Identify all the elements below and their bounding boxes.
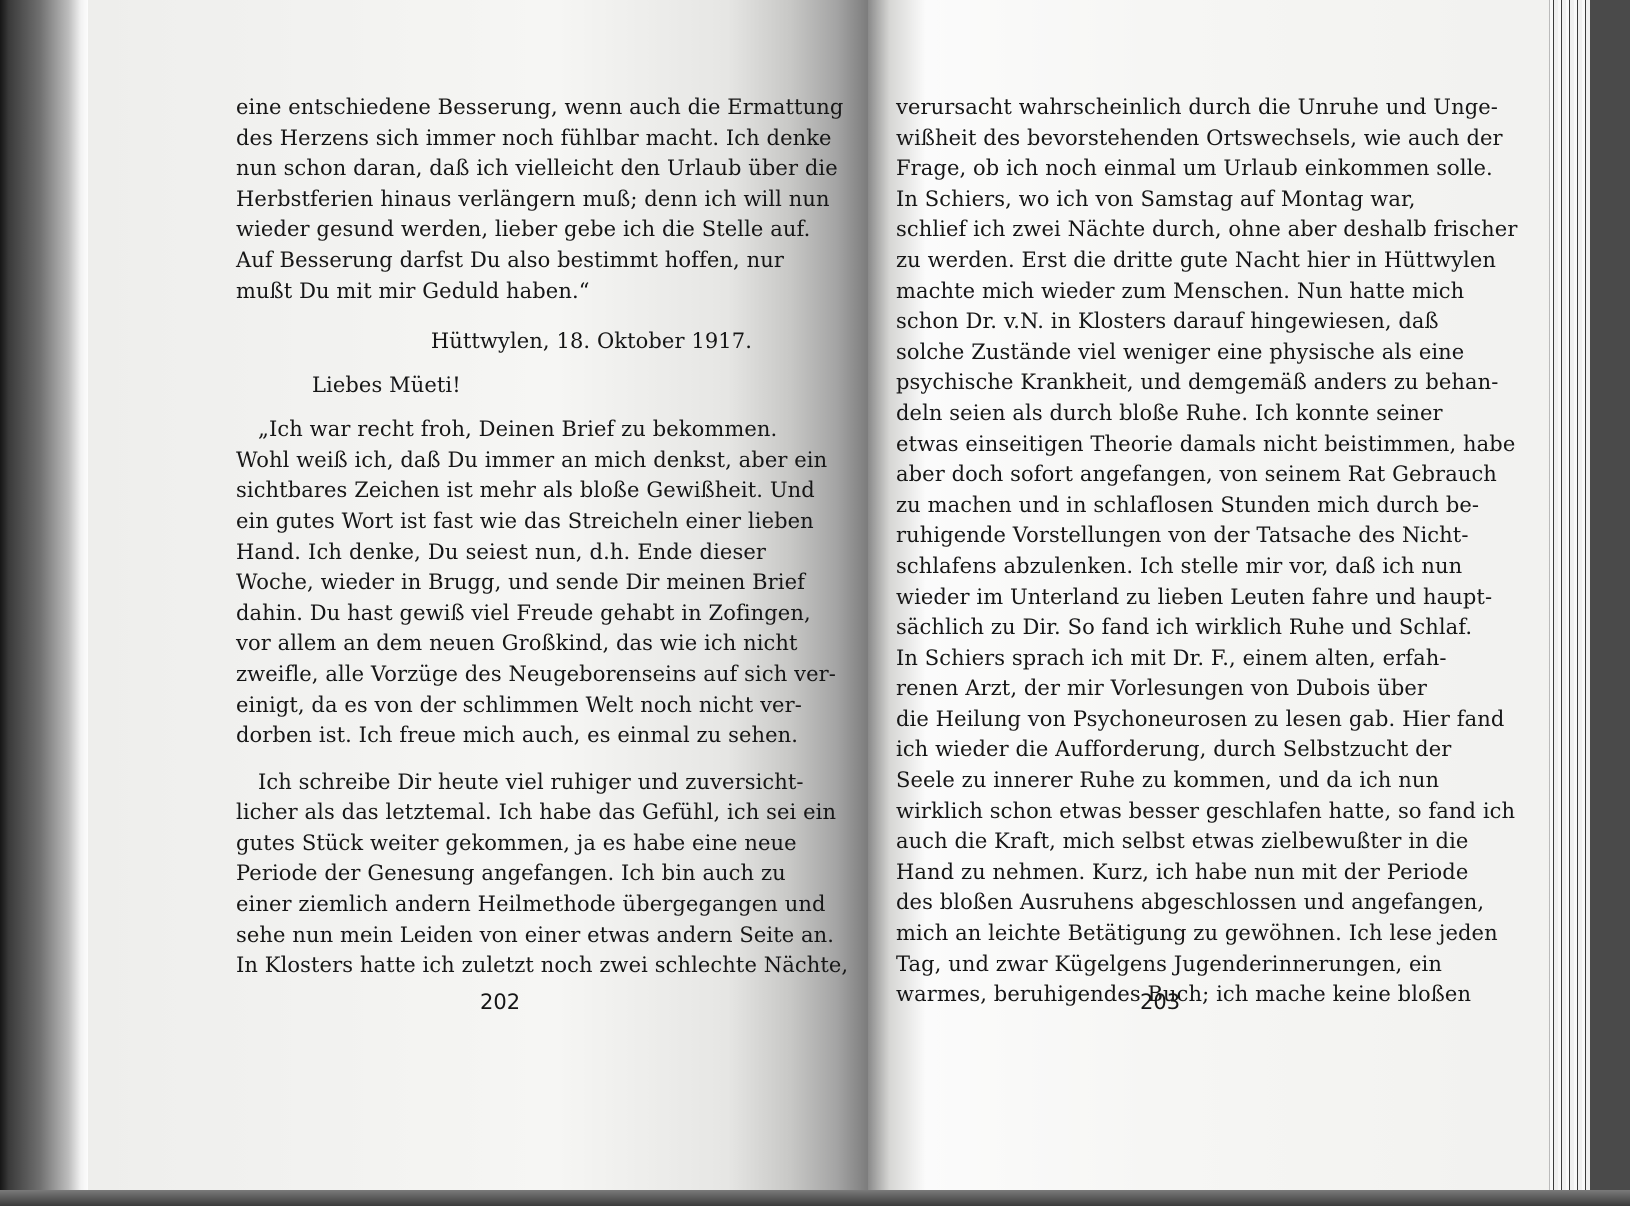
- text-line: Ich schreibe Dir heute viel ruhiger und …: [236, 767, 766, 798]
- text-line: sichtbares Zeichen ist mehr als bloße Ge…: [236, 475, 766, 506]
- text-line: dorben ist. Ich freue mich auch, es einm…: [236, 720, 766, 751]
- text-line: eine entschiedene Besserung, wenn auch d…: [236, 92, 766, 123]
- text-line: Tag, und zwar Kügelgens Jugenderinnerung…: [896, 949, 1414, 980]
- text-line: solche Zustände viel weniger eine physis…: [896, 337, 1414, 368]
- text-line: Frage, ob ich noch einmal um Urlaub eink…: [896, 153, 1414, 184]
- text-line: schlief ich zwei Nächte durch, ohne aber…: [896, 214, 1414, 245]
- text-line: machte mich wieder zum Menschen. Nun hat…: [896, 276, 1414, 307]
- text-line: In Schiers, wo ich von Samstag auf Monta…: [896, 184, 1414, 215]
- scanner-edge-shadow: [0, 0, 88, 1206]
- text-line: wieder im Unterland zu lieben Leuten fah…: [896, 582, 1414, 613]
- text-line: ein gutes Wort ist fast wie das Streiche…: [236, 506, 766, 537]
- text-line: aber doch sofort angefangen, von seinem …: [896, 459, 1414, 490]
- text-line: In Schiers sprach ich mit Dr. F., einem …: [896, 643, 1414, 674]
- text-line: zweifle, alle Vorzüge des Neugeborensein…: [236, 659, 766, 690]
- text-line: Herbstferien hinaus verlängern muß; denn…: [236, 184, 766, 215]
- page-number: 203: [1140, 990, 1180, 1014]
- text-line: „Ich war recht froh, Deinen Brief zu bek…: [236, 414, 766, 445]
- text-line: einer ziemlich andern Heilmethode überge…: [236, 889, 766, 920]
- text-line: mich an leichte Betätigung zu gewöhnen. …: [896, 918, 1414, 949]
- text-line: Hand zu nehmen. Kurz, ich habe nun mit d…: [896, 857, 1414, 888]
- left-page-text: eine entschiedene Besserung, wenn auch d…: [236, 92, 766, 981]
- text-line: verursacht wahrscheinlich durch die Unru…: [896, 92, 1414, 123]
- text-line: Auf Besserung darfst Du also bestimmt ho…: [236, 245, 766, 276]
- text-line: Seele zu innerer Ruhe zu kommen, und da …: [896, 765, 1414, 796]
- text-line: Wohl weiß ich, daß Du immer an mich denk…: [236, 445, 766, 476]
- page-number: 202: [480, 990, 520, 1014]
- letter-dateline: Hüttwylen, 18. Oktober 1917.: [236, 324, 766, 358]
- text-line: sehe nun mein Leiden von einer etwas and…: [236, 920, 766, 951]
- text-line: schon Dr. v.N. in Klosters darauf hingew…: [896, 306, 1414, 337]
- text-line: renen Arzt, der mir Vorlesungen von Dubo…: [896, 673, 1414, 704]
- text-line: ich wieder die Aufforderung, durch Selbs…: [896, 734, 1414, 765]
- text-line: des Herzens sich immer noch fühlbar mach…: [236, 123, 766, 154]
- text-line: Woche, wieder in Brugg, und sende Dir me…: [236, 567, 766, 598]
- text-line: mußt Du mit mir Geduld haben.“: [236, 276, 766, 307]
- text-line: wißheit des bevorstehenden Ortswechsels,…: [896, 123, 1414, 154]
- text-line: psychische Krankheit, und demgemäß ander…: [896, 367, 1414, 398]
- text-line: nun schon daran, daß ich vielleicht den …: [236, 153, 766, 184]
- text-line: gutes Stück weiter gekommen, ja es habe …: [236, 828, 766, 859]
- text-line: sächlich zu Dir. So fand ich wirklich Ru…: [896, 612, 1414, 643]
- text-line: dahin. Du hast gewiß viel Freude gehabt …: [236, 598, 766, 629]
- text-line: einigt, da es von der schlimmen Welt noc…: [236, 690, 766, 721]
- left-page: eine entschiedene Besserung, wenn auch d…: [88, 0, 868, 1190]
- text-line: zu werden. Erst die dritte gute Nacht hi…: [896, 245, 1414, 276]
- text-line: etwas einseitigen Theorie damals nicht b…: [896, 429, 1414, 460]
- text-line: ruhigende Vorstellungen von der Tatsache…: [896, 520, 1414, 551]
- text-line: vor allem an dem neuen Großkind, das wie…: [236, 628, 766, 659]
- text-line: des bloßen Ausruhens abgeschlossen und a…: [896, 887, 1414, 918]
- text-line: Periode der Genesung angefangen. Ich bin…: [236, 858, 766, 889]
- text-line: auch die Kraft, mich selbst etwas zielbe…: [896, 826, 1414, 857]
- scanner-bottom-shadow: [0, 1190, 1630, 1206]
- text-line: die Heilung von Psychoneurosen zu lesen …: [896, 704, 1414, 735]
- text-line: wieder gesund werden, lieber gebe ich di…: [236, 214, 766, 245]
- text-line: wirklich schon etwas besser geschlafen h…: [896, 796, 1414, 827]
- text-line: Hand. Ich denke, Du seiest nun, d.h. End…: [236, 537, 766, 568]
- text-line: licher als das letztemal. Ich habe das G…: [236, 797, 766, 828]
- text-line: zu machen und in schlaflosen Stunden mic…: [896, 490, 1414, 521]
- text-line: schlafens abzulenken. Ich stelle mir vor…: [896, 551, 1414, 582]
- letter-salutation: Liebes Müeti!: [236, 368, 766, 402]
- text-line: deln seien als durch bloße Ruhe. Ich kon…: [896, 398, 1414, 429]
- text-line: In Klosters hatte ich zuletzt noch zwei …: [236, 950, 766, 981]
- right-page-text: verursacht wahrscheinlich durch die Unru…: [896, 92, 1414, 1010]
- paragraph-gap: [236, 751, 766, 767]
- book-page-edges: [1549, 0, 1590, 1190]
- right-page: verursacht wahrscheinlich durch die Unru…: [868, 0, 1590, 1190]
